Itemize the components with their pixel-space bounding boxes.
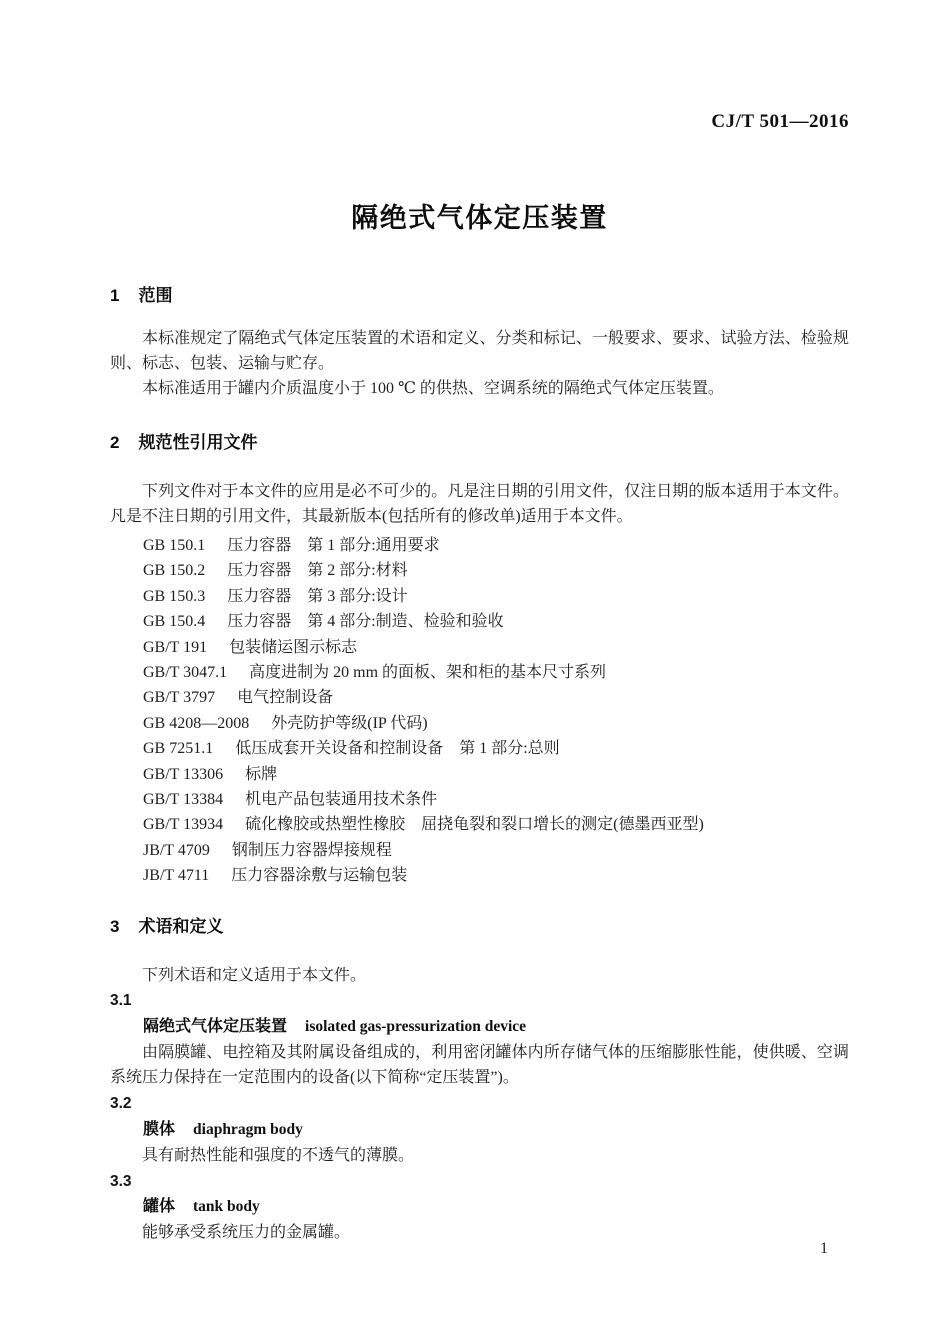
- reference-title: 压力容器 第 2 部分:材料: [227, 562, 407, 579]
- term-name-line: 膜体diaphragm body: [110, 1117, 849, 1143]
- term-entry: 3.2 膜体diaphragm body 具有耐热性能和强度的不透气的薄膜。: [110, 1091, 849, 1168]
- reference-title: 钢制压力容器焊接规程: [232, 842, 392, 859]
- term-name-english: tank body: [193, 1198, 260, 1215]
- reference-code: GB/T 3047.1: [143, 664, 227, 681]
- reference-code: GB 150.4: [143, 613, 205, 630]
- term-number: 3.3: [110, 1169, 849, 1195]
- reference-code: GB 150.2: [143, 562, 205, 579]
- section-heading-references: 2 规范性引用文件: [110, 433, 849, 453]
- reference-code: GB/T 13384: [143, 791, 223, 808]
- reference-item: GB/T 13384机电产品包装通用技术条件: [110, 787, 849, 812]
- section-title: 规范性引用文件: [138, 433, 257, 453]
- term-name-chinese: 隔绝式气体定压装置: [143, 1018, 287, 1035]
- term-name-english: isolated gas-pressurization device: [305, 1018, 526, 1035]
- reference-item: GB 150.2压力容器 第 2 部分:材料: [110, 558, 849, 583]
- reference-title: 低压成套开关设备和控制设备 第 1 部分:总则: [235, 740, 559, 757]
- reference-title: 压力容器涂敷与运输包装: [231, 867, 407, 884]
- reference-item: GB/T 3797电气控制设备: [110, 685, 849, 710]
- reference-item: GB/T 13934硫化橡胶或热塑性橡胶 屈挠龟裂和裂口增长的测定(德墨西亚型): [110, 812, 849, 837]
- reference-title: 标牌: [245, 766, 277, 783]
- reference-item: JB/T 4709钢制压力容器焊接规程: [110, 838, 849, 863]
- reference-code: GB/T 191: [143, 639, 207, 656]
- term-definition: 能够承受系统压力的金属罐。: [110, 1220, 849, 1246]
- document-title: 隔绝式气体定压装置: [110, 196, 849, 235]
- scope-paragraph-2: 本标准适用于罐内介质温度小于 100 ℃ 的供热、空调系统的隔绝式气体定压装置。: [110, 376, 849, 401]
- reference-code: JB/T 4709: [143, 842, 210, 859]
- term-name-chinese: 膜体: [143, 1121, 175, 1138]
- reference-code: GB 7251.1: [143, 740, 213, 757]
- reference-title: 压力容器 第 1 部分:通用要求: [227, 537, 439, 554]
- term-number: 3.1: [110, 988, 849, 1014]
- reference-title: 外壳防护等级(IP 代码): [271, 715, 427, 732]
- reference-item: GB/T 3047.1高度进制为 20 mm 的面板、架和柜的基本尺寸系列: [110, 660, 849, 685]
- reference-title: 硫化橡胶或热塑性橡胶 屈挠龟裂和裂口增长的测定(德墨西亚型): [245, 816, 704, 833]
- standard-number: CJ/T 501—2016: [711, 111, 849, 133]
- term-name-line: 隔绝式气体定压装置isolated gas-pressurization dev…: [110, 1014, 849, 1040]
- document-page: CJ/T 501—2016 隔绝式气体定压装置 1 范围 本标准规定了隔绝式气体…: [0, 0, 950, 1344]
- term-name-line: 罐体tank body: [110, 1194, 849, 1220]
- term-number: 3.2: [110, 1091, 849, 1117]
- reference-item: GB 4208—2008外壳防护等级(IP 代码): [110, 711, 849, 736]
- reference-title: 电气控制设备: [237, 689, 333, 706]
- reference-title: 高度进制为 20 mm 的面板、架和柜的基本尺寸系列: [249, 664, 606, 681]
- reference-item: GB 150.4压力容器 第 4 部分:制造、检验和验收: [110, 609, 849, 634]
- reference-item: GB/T 13306标牌: [110, 762, 849, 787]
- reference-item: GB/T 191包装储运图示标志: [110, 635, 849, 660]
- term-name-english: diaphragm body: [193, 1121, 303, 1138]
- section-number: 3: [110, 917, 119, 937]
- section-title: 术语和定义: [138, 917, 223, 937]
- term-definition: 具有耐热性能和强度的不透气的薄膜。: [110, 1143, 849, 1169]
- reference-code: GB/T 13934: [143, 816, 223, 833]
- scope-paragraph-1: 本标准规定了隔绝式气体定压装置的术语和定义、分类和标记、一般要求、要求、试验方法…: [110, 326, 849, 376]
- reference-title: 包装储运图示标志: [229, 639, 357, 656]
- references-intro: 下列文件对于本文件的应用是必不可少的。凡是注日期的引用文件，仅注日期的版本适用于…: [110, 479, 849, 529]
- section-title: 范围: [138, 286, 172, 306]
- reference-code: GB/T 3797: [143, 689, 215, 706]
- section-heading-scope: 1 范围: [110, 286, 849, 306]
- references-list: GB 150.1压力容器 第 1 部分:通用要求 GB 150.2压力容器 第 …: [110, 533, 849, 889]
- reference-item: GB 150.3压力容器 第 3 部分:设计: [110, 584, 849, 609]
- section-number: 1: [110, 286, 119, 306]
- reference-title: 机电产品包装通用技术条件: [245, 791, 437, 808]
- term-definition: 由隔膜罐、电控箱及其附属设备组成的，利用密闭罐体内所存储气体的压缩膨胀性能，使供…: [110, 1040, 849, 1092]
- terms-list: 3.1 隔绝式气体定压装置isolated gas-pressurization…: [110, 988, 849, 1246]
- term-name-chinese: 罐体: [143, 1198, 175, 1215]
- section-number: 2: [110, 433, 119, 453]
- reference-title: 压力容器 第 4 部分:制造、检验和验收: [227, 613, 503, 630]
- page-number: 1: [812, 1240, 836, 1258]
- reference-code: GB/T 13306: [143, 766, 223, 783]
- section-heading-terms: 3 术语和定义: [110, 917, 849, 937]
- terms-intro: 下列术语和定义适用于本文件。: [110, 963, 849, 988]
- reference-title: 压力容器 第 3 部分:设计: [227, 588, 407, 605]
- reference-item: GB 7251.1低压成套开关设备和控制设备 第 1 部分:总则: [110, 736, 849, 761]
- reference-code: JB/T 4711: [143, 867, 209, 884]
- reference-item: JB/T 4711压力容器涂敷与运输包装: [110, 863, 849, 888]
- reference-code: GB 150.1: [143, 537, 205, 554]
- reference-item: GB 150.1压力容器 第 1 部分:通用要求: [110, 533, 849, 558]
- reference-code: GB 4208—2008: [143, 715, 249, 732]
- term-entry: 3.3 罐体tank body 能够承受系统压力的金属罐。: [110, 1169, 849, 1246]
- reference-code: GB 150.3: [143, 588, 205, 605]
- term-entry: 3.1 隔绝式气体定压装置isolated gas-pressurization…: [110, 988, 849, 1091]
